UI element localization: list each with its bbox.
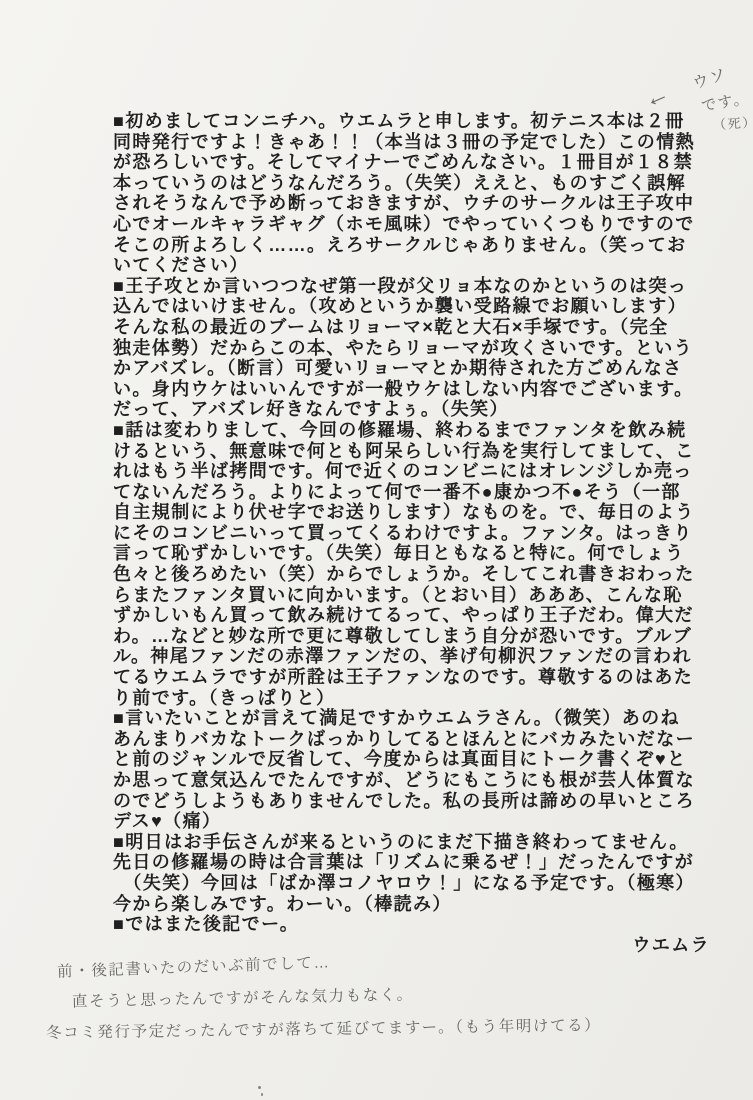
top-note-text-3: （死） bbox=[712, 111, 753, 133]
paragraph-intro: ■初めましてコンニチハ。ウエムラと申します。初テニス本は２冊 同時発行ですよ！き… bbox=[113, 111, 710, 276]
paragraph-pairings: ■王子攻とか言いつつなぜ第一段が父リョ本なのかというのは突っ 込んではいけません… bbox=[113, 276, 710, 420]
bottom-note-3: 冬コミ発行予定だったんですが落ちて延びてますー。（もう年明けてる） bbox=[46, 1013, 602, 1043]
arrow-left-icon: ← bbox=[639, 78, 675, 115]
bottom-note-1: 前・後記書いたのだいぶ前でして… bbox=[57, 950, 331, 982]
scan-speck bbox=[258, 1086, 261, 1089]
paragraph-talk: ■言いたいことが言えて満足ですかウエムラさん。（微笑）あのね あんまりバカなトー… bbox=[113, 708, 710, 832]
paragraph-deadline: ■明日はお手伝さんが来るというのにまだ下描き終わってません。 先日の修羅場の時は… bbox=[113, 832, 710, 914]
scan-speck bbox=[261, 1093, 263, 1096]
paragraph-fanta: ■話は変わりまして、今回の修羅場、終わるまでファンタを飲み続 けるという、無意味… bbox=[113, 420, 710, 708]
author-signature: ウエムラ bbox=[113, 935, 710, 956]
paragraph-closing: ■ではまた後記でー。 bbox=[113, 914, 710, 935]
bottom-note-2: 直そうと思ったんですがそんな気力もなく。 bbox=[72, 982, 414, 1011]
top-note-text-1: ウソ bbox=[689, 61, 730, 94]
afterword-text-block: ■初めましてコンニチハ。ウエムラと申します。初テニス本は２冊 同時発行ですよ！き… bbox=[113, 111, 710, 955]
scanned-afterword-page: ← ウソ です。 （死） ■初めましてコンニチハ。ウエムラと申します。初テニス本… bbox=[0, 0, 753, 1100]
